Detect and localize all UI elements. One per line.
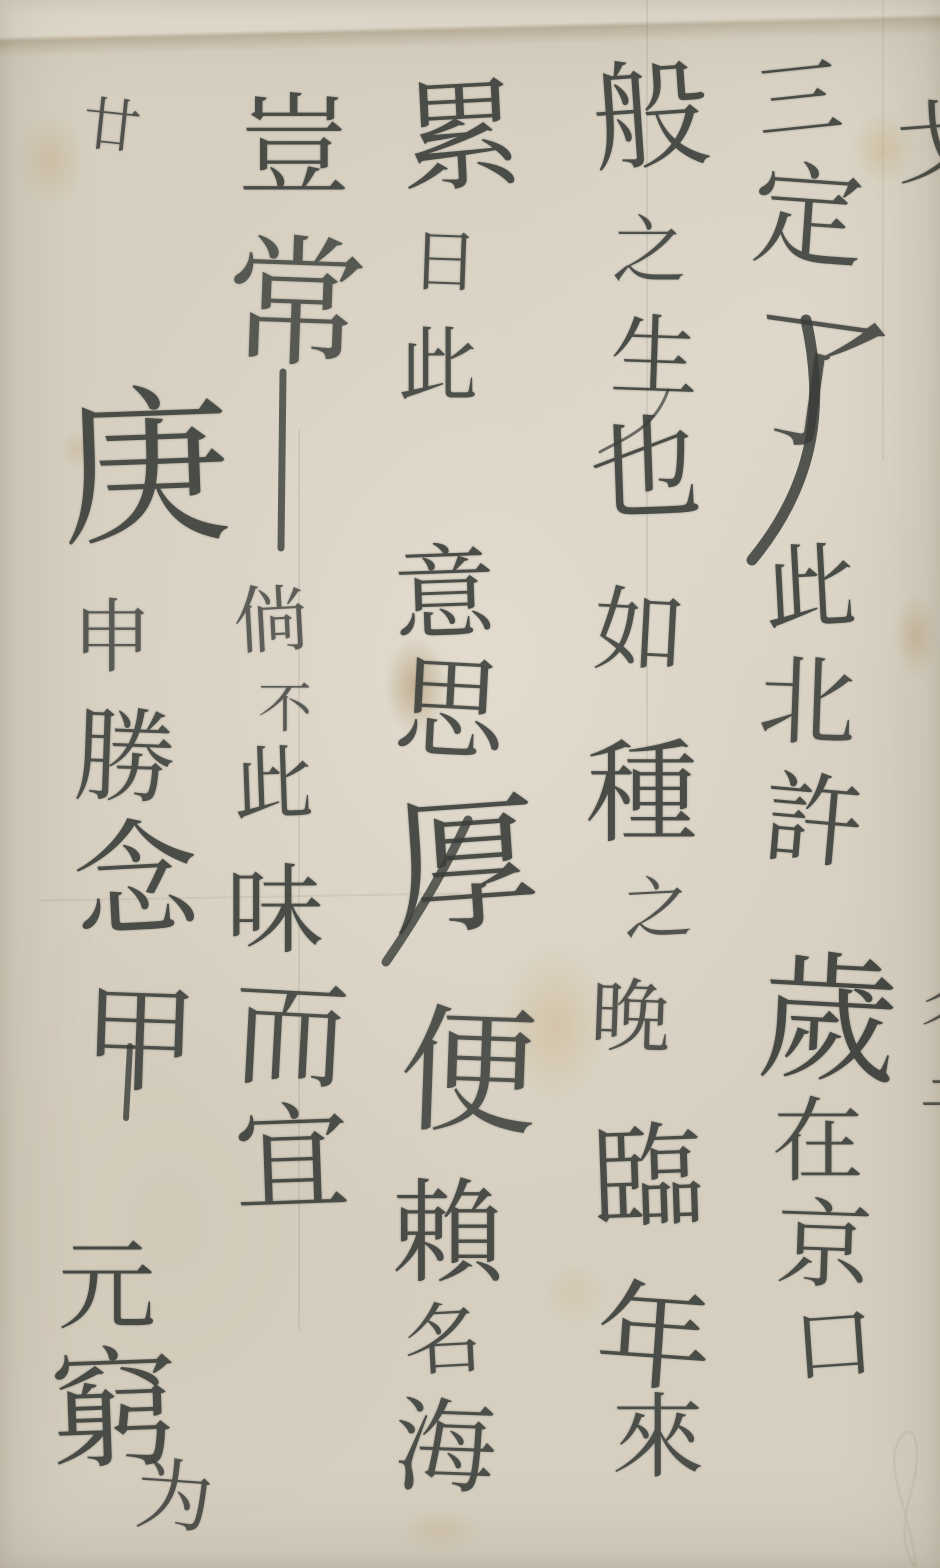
calligraphy-photo: 三定了此北許歲在京口般之生也如種之晚臨年來累日此意思厚便賴名海豈常倘不此味而宜廿… [0, 0, 940, 1568]
calligraphy-char-column-1-rightmost: 此 [762, 540, 859, 637]
calligraphy-char-column-3: 賴 [392, 1178, 504, 1290]
calligraphy-char-column-1-rightmost: 三 [752, 53, 847, 148]
calligraphy-char-column-5-leftmost: 申 [72, 598, 152, 678]
calligraphy-char-column-5-leftmost: 甲 [80, 982, 200, 1102]
calligraphy-char-column-4: 此 [232, 743, 315, 826]
calligraphy-char-column-3: 日 [410, 228, 480, 298]
calligraphy-char-column-5-leftmost: 勝 [72, 706, 177, 811]
edge-fragment-char: 戈 [896, 100, 940, 192]
calligraphy-char-column-2: 如 [591, 584, 688, 681]
edge-fragment-char: 彳 [912, 976, 940, 1054]
calligraphy-char-column-1-rightmost: 歲 [755, 948, 902, 1095]
calligraphy-char-column-3: 便 [397, 1002, 540, 1145]
calligraphy-char-column-1-rightmost: 北 [757, 652, 858, 753]
calligraphy-char-column-1-rightmost: 京 [775, 1196, 874, 1295]
calligraphy-char-column-3: 思 [392, 652, 508, 768]
calligraphy-char-column-2: 生 [609, 312, 700, 403]
calligraphy-char-column-1-rightmost: 許 [759, 768, 867, 876]
calligraphy-char-column-5-leftmost: 廿 [80, 94, 144, 158]
calligraphy-char-column-1-rightmost: 在 [772, 1096, 864, 1188]
calligraphy-char-column-3: 名 [402, 1300, 484, 1382]
calligraphy-char-column-2: 來 [612, 1392, 704, 1484]
calligraphy-char-column-3: 此 [398, 326, 478, 406]
calligraphy-char-column-3: 海 [392, 1396, 497, 1501]
calligraphy-char-column-4: 而 [230, 976, 352, 1098]
calligraphy-char-column-2: 種 [586, 738, 698, 850]
calligraphy-char-column-3: 意 [392, 542, 497, 647]
calligraphy-char-column-5-leftmost: 庚 [58, 382, 234, 558]
calligraphy-char-column-2: 般 [588, 54, 714, 180]
calligraphy-char-column-2: 晚 [589, 976, 672, 1059]
calligraphy-char-column-4: 豈 [238, 92, 350, 204]
calligraphy-char-column-3: 厚 [384, 788, 544, 948]
calligraphy-char-column-2: 之 [612, 214, 686, 288]
calligraphy-char-column-5-leftmost: 念 [70, 815, 202, 947]
calligraphy-char-column-4: 味 [226, 862, 324, 960]
calligraphy-columns: 三定了此北許歲在京口般之生也如種之晚臨年來累日此意思厚便賴名海豈常倘不此味而宜廿… [0, 0, 940, 1568]
calligraphy-char-column-1-rightmost: 口 [790, 1302, 878, 1390]
calligraphy-char-column-4: 不 [258, 682, 312, 736]
calligraphy-char-column-2: 臨 [590, 1120, 706, 1236]
calligraphy-char-column-3: 累 [398, 76, 524, 202]
calligraphy-char-column-4: 倘 [232, 582, 310, 660]
manuscript-paper: 三定了此北許歲在京口般之生也如種之晚臨年來累日此意思厚便賴名海豈常倘不此味而宜廿… [0, 0, 940, 1568]
calligraphy-char-column-1-rightmost: 定 [748, 158, 868, 278]
signature-char: 元 [58, 1238, 156, 1336]
edge-fragment-char: 亍 [918, 1072, 940, 1164]
calligraphy-char-column-4: 宜 [232, 1100, 352, 1220]
calligraphy-char-column-2: 之 [622, 874, 693, 945]
calligraphy-char-column-4: 常 [223, 232, 370, 379]
signature-char: 为 [133, 1456, 216, 1539]
calligraphy-char-column-2: 也 [588, 412, 704, 528]
calligraphy-char-column-1-rightmost: 了 [731, 300, 900, 469]
